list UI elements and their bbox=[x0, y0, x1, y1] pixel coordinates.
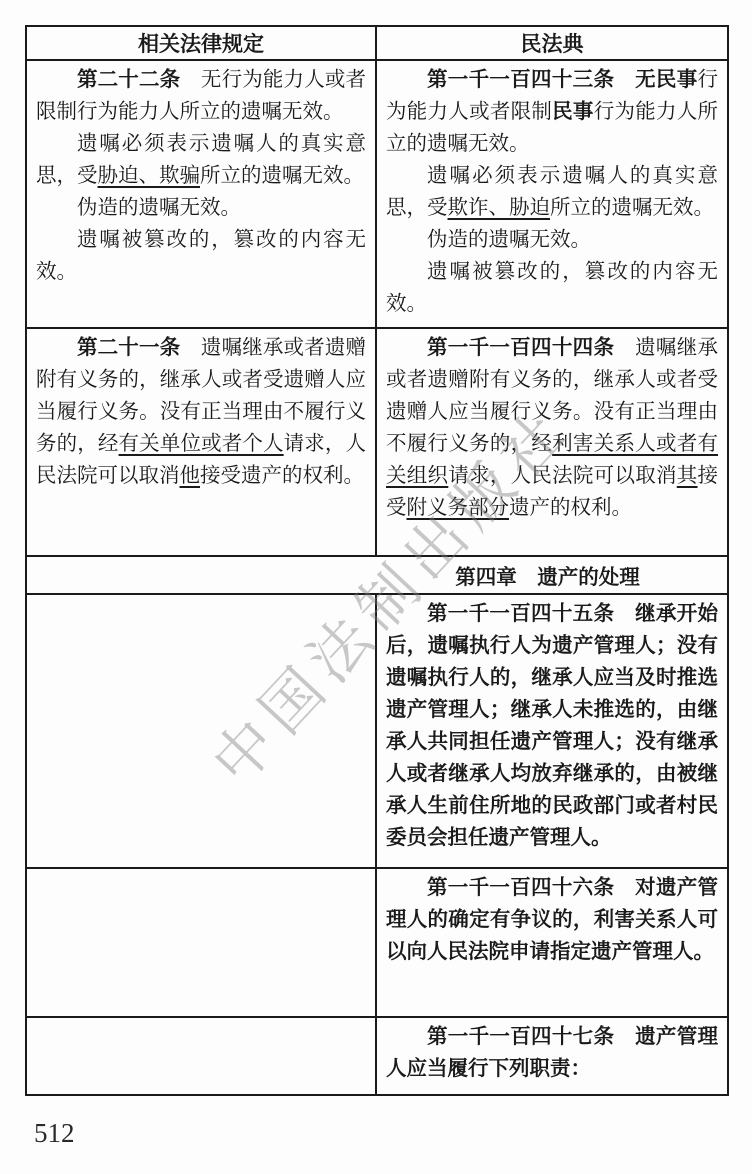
chapter-heading: 第四章 遗产的处理 bbox=[377, 560, 718, 590]
cell-empty bbox=[26, 868, 376, 1017]
table-row: 第一千一百四十五条 继承开始后，遗嘱执行人为遗产管理人；没有遗嘱执行人的，继承人… bbox=[26, 594, 728, 868]
header-civil-code: 民法典 bbox=[376, 26, 728, 60]
header-related-laws: 相关法律规定 bbox=[26, 26, 376, 60]
cell-civil-code-article-1147: 第一千一百四十七条 遗产管理人应当履行下列职责： bbox=[376, 1017, 728, 1095]
paragraph: 第二十二条 无行为能力人或者限制行为能力人所立的遗嘱无效。 bbox=[36, 64, 366, 128]
paragraph: 第二十一条 遗嘱继承或者遗赠附有义务的，继承人或者受遗赠人应当履行义务。没有正当… bbox=[36, 332, 366, 492]
cell-empty bbox=[26, 1017, 376, 1095]
cell-empty bbox=[26, 594, 376, 868]
paragraph: 伪造的遗嘱无效。 bbox=[36, 192, 366, 224]
page-number: 512 bbox=[34, 1118, 75, 1149]
paragraph: 遗嘱被篡改的，篡改的内容无效。 bbox=[36, 224, 366, 288]
cell-civil-code-article-1144: 第一千一百四十四条 遗嘱继承或者遗赠附有义务的，继承人或者受遗赠人应当履行义务。… bbox=[376, 328, 728, 556]
table-row: 第一千一百四十七条 遗产管理人应当履行下列职责： bbox=[26, 1017, 728, 1095]
table-row: 第二十一条 遗嘱继承或者遗赠附有义务的，继承人或者受遗赠人应当履行义务。没有正当… bbox=[26, 328, 728, 556]
paragraph: 第一千一百四十三条 无民事行为能力人或者限制民事行为能力人所立的遗嘱无效。 bbox=[386, 64, 718, 160]
paragraph: 伪造的遗嘱无效。 bbox=[386, 224, 718, 256]
cell-civil-code-article-1143: 第一千一百四十三条 无民事行为能力人或者限制民事行为能力人所立的遗嘱无效。遗嘱必… bbox=[376, 60, 728, 328]
paragraph: 第一千一百四十六条 对遗产管理人的确定有争议的，利害关系人可以向人民法院申请指定… bbox=[386, 872, 718, 968]
chapter-heading-cell: 第四章 遗产的处理 bbox=[26, 556, 728, 594]
cell-civil-code-article-1146: 第一千一百四十六条 对遗产管理人的确定有争议的，利害关系人可以向人民法院申请指定… bbox=[376, 868, 728, 1017]
paragraph: 第一千一百四十七条 遗产管理人应当履行下列职责： bbox=[386, 1021, 718, 1085]
table-row: 第一千一百四十六条 对遗产管理人的确定有争议的，利害关系人可以向人民法院申请指定… bbox=[26, 868, 728, 1017]
cell-old-law-article-21: 第二十一条 遗嘱继承或者遗赠附有义务的，继承人或者受遗赠人应当履行义务。没有正当… bbox=[26, 328, 376, 556]
cell-old-law-article-22: 第二十二条 无行为能力人或者限制行为能力人所立的遗嘱无效。遗嘱必须表示遗嘱人的真… bbox=[26, 60, 376, 328]
paragraph: 遗嘱必须表示遗嘱人的真实意思，受胁迫、欺骗所立的遗嘱无效。 bbox=[36, 128, 366, 192]
chapter-heading-row: 第四章 遗产的处理 bbox=[26, 556, 728, 594]
table-row: 第二十二条 无行为能力人或者限制行为能力人所立的遗嘱无效。遗嘱必须表示遗嘱人的真… bbox=[26, 60, 728, 328]
cell-civil-code-article-1145: 第一千一百四十五条 继承开始后，遗嘱执行人为遗产管理人；没有遗嘱执行人的，继承人… bbox=[376, 594, 728, 868]
book-page: 相关法律规定 民法典 第二十二条 无行为能力人或者限制行为能力人所立的遗嘱无效。… bbox=[0, 0, 752, 1174]
paragraph: 遗嘱必须表示遗嘱人的真实意思，受欺诈、胁迫所立的遗嘱无效。 bbox=[386, 160, 718, 224]
paragraph: 第一千一百四十四条 遗嘱继承或者遗赠附有义务的，继承人或者受遗赠人应当履行义务。… bbox=[386, 332, 718, 524]
paragraph: 第一千一百四十五条 继承开始后，遗嘱执行人为遗产管理人；没有遗嘱执行人的，继承人… bbox=[386, 598, 718, 854]
paragraph: 遗嘱被篡改的，篡改的内容无效。 bbox=[386, 256, 718, 320]
law-comparison-table: 相关法律规定 民法典 第二十二条 无行为能力人或者限制行为能力人所立的遗嘱无效。… bbox=[25, 25, 729, 1096]
table-header-row: 相关法律规定 民法典 bbox=[26, 26, 728, 60]
